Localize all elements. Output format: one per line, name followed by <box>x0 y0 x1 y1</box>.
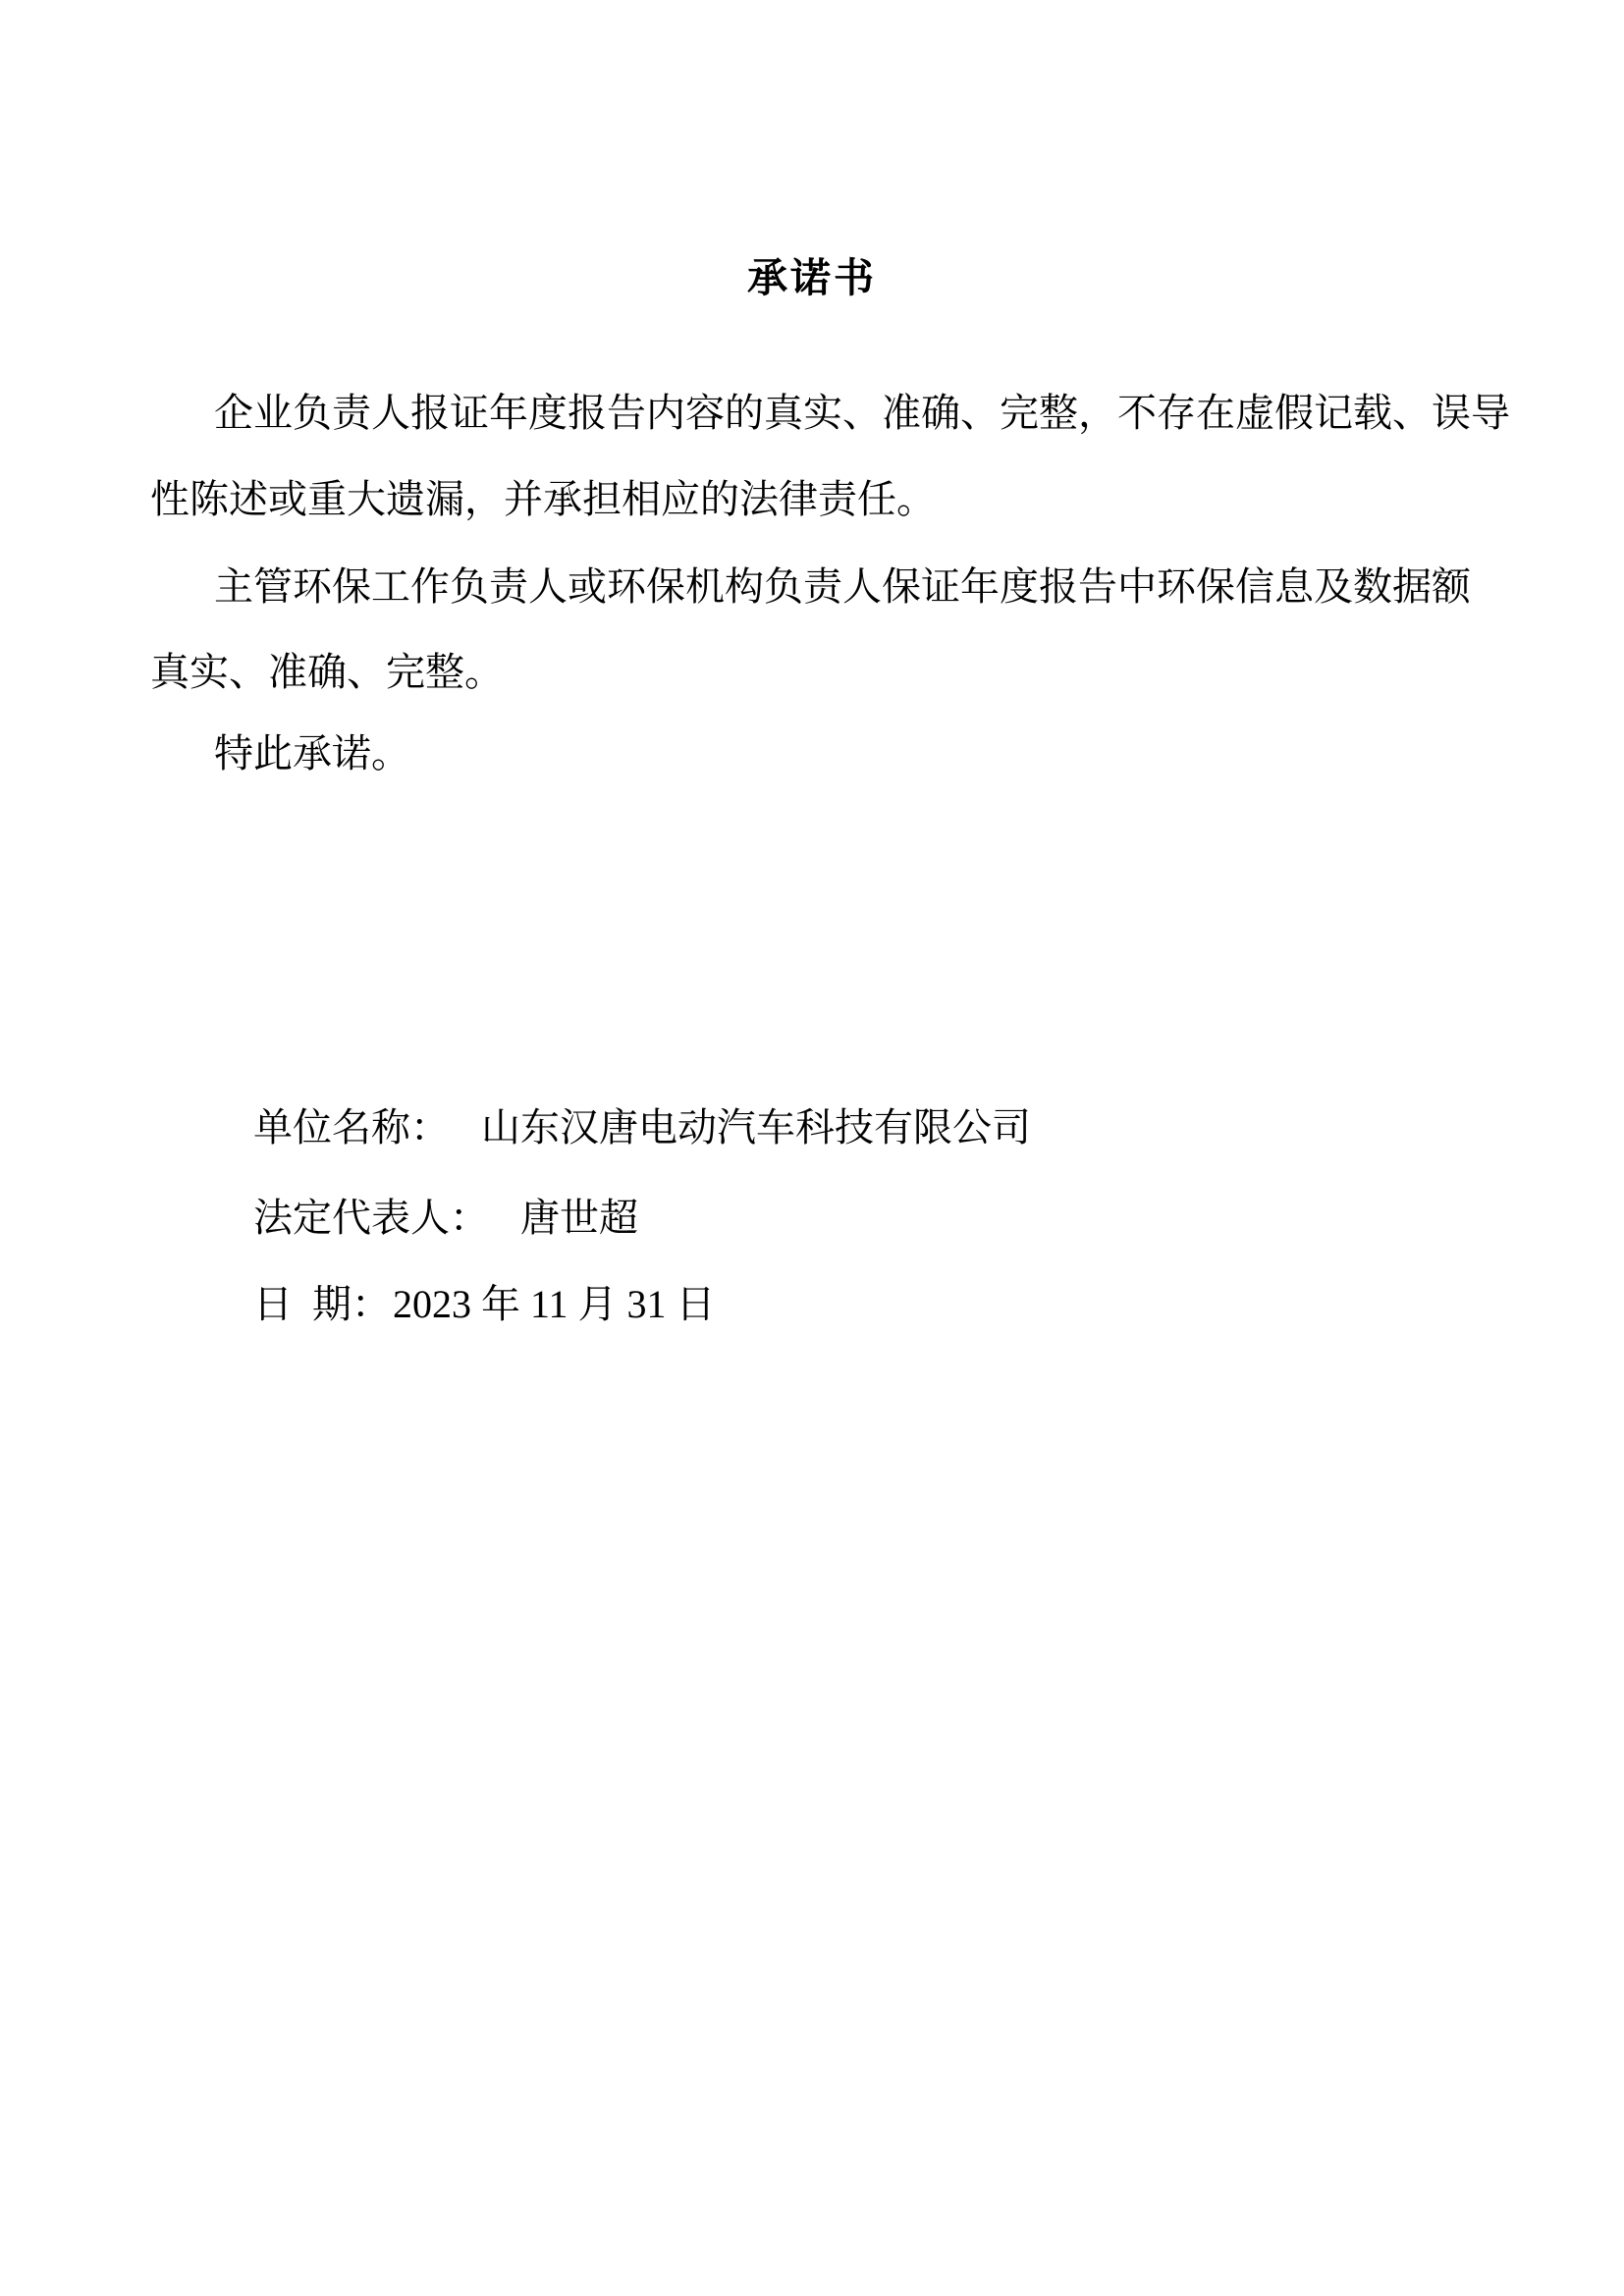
legal-rep-label: 法定代表人： <box>253 1196 489 1240</box>
paragraph3-line1: 特此承诺。 <box>214 731 410 776</box>
unit-name-value: 山东汉唐电动汽车科技有限公司 <box>481 1105 1031 1149</box>
document-page: 承诺书 企业负责人报证年度报告内容的真实、准确、完整，不存在虚假记载、误导 性陈… <box>0 0 1624 2296</box>
paragraph2-line1: 主管环保工作负责人或环保机构负责人保证年度报告中环保信息及数据额 <box>214 564 1471 610</box>
legal-rep-value: 唐世超 <box>520 1196 638 1240</box>
paragraph2-line2: 真实、准确、完整。 <box>150 650 504 695</box>
paragraph1-line1: 企业负责人报证年度报告内容的真实、准确、完整，不存在虚假记载、误导 <box>214 391 1510 436</box>
unit-name-label: 单位名称： <box>253 1105 450 1149</box>
date-label: 日 期： <box>253 1282 391 1326</box>
date-value: 2023 年 11 月 31 日 <box>393 1282 716 1326</box>
document-title: 承诺书 <box>0 255 1624 300</box>
signature-date-line: 日 期：2023 年 11 月 31 日 <box>214 1237 716 1372</box>
paragraph1-line2: 性陈述或重大遗漏，并承担相应的法律责任。 <box>150 477 936 522</box>
